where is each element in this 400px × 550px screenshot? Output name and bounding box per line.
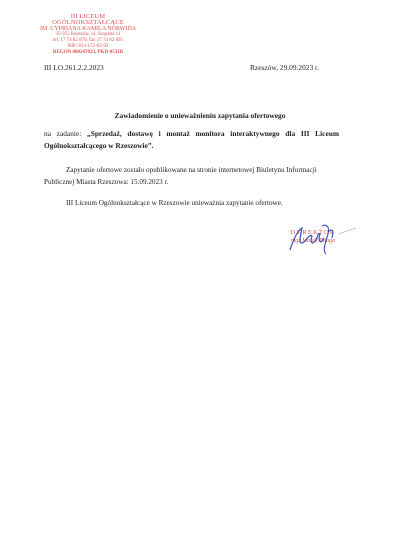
task-value: „Sprzedaż, dostawę i montaż monitora int… — [44, 129, 339, 150]
document-title: Zawiadomienie o unieważnieniu zapytania … — [0, 111, 400, 120]
stamp-line-school-name: III LICEUM OGÓLNOKSZTAŁCĄCE — [38, 14, 138, 26]
task-label: na zadanie: — [44, 129, 87, 138]
school-stamp: III LICEUM OGÓLNOKSZTAŁCĄCE IM. CYPRIANA… — [38, 14, 138, 56]
handwritten-signature-icon — [282, 220, 362, 260]
cancellation-paragraph: III Liceum Ogólnokształcące w Rzeszowie … — [66, 199, 346, 207]
task-description: na zadanie: „Sprzedaż, dostawę i montaż … — [44, 128, 339, 152]
stamp-line-regon: REGON 000247023, PKD-8531B — [38, 50, 138, 56]
publication-paragraph: Zapytanie ofertowe zostało opublikowane … — [44, 164, 339, 188]
reference-number: III LO.261.2.2.2023 — [44, 63, 104, 72]
place-and-date: Rzeszów, 29.09.2023 r. — [250, 63, 319, 72]
